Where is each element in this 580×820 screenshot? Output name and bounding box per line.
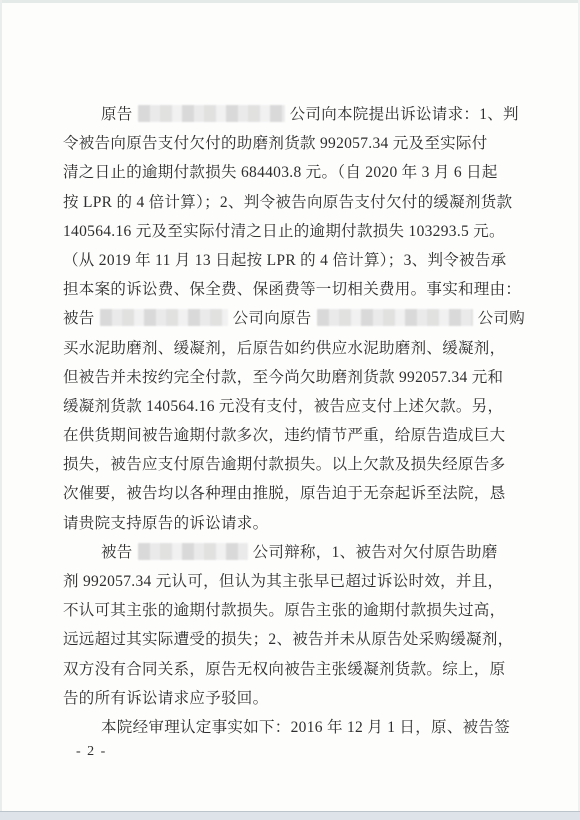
line-text: （从 2019 年 11 月 13 日起按 LPR 的 4 倍计算）；3、判令被…: [63, 252, 506, 269]
text-line: 次催要，被告均以各种理由推脱，原告迫于无奈起诉至法院，恳: [63, 479, 509, 508]
text-line: 但被告并未按约完全付款，至今尚欠助磨剂货款 992057.34 元和: [63, 363, 509, 392]
text-line: 在供货期间被告逾期付款多次，违约情节严重，给原告造成巨大: [63, 421, 509, 450]
line-text: 公司购: [478, 310, 525, 327]
line-text: 远远超过其实际遭受的损失；2、被告并未从原告处采购缓凝剂，: [63, 631, 513, 648]
line-text: 不认可其主张的逾期付款损失。原告主张的逾期付款损失过高，: [63, 602, 505, 619]
line-text: 140564.16 元及至实际付清之日止的逾期付款损失 103293.5 元。: [63, 223, 505, 240]
line-text: 在供货期间被告逾期付款多次，违约情节严重，给原告造成巨大: [63, 427, 505, 444]
text-line: 双方没有合同关系，原告无权向被告主张缓凝剂货款。综上，原: [63, 655, 509, 684]
text-line: 买水泥助磨剂、缓凝剂，后原告如约供应水泥助磨剂、缓凝剂，: [63, 334, 509, 363]
text-line: 令被告向原告支付欠付的助磨剂货款 992057.34 元及至实际付: [63, 129, 509, 158]
text-line: 清之日止的逾期付款损失 684403.8 元。（自 2020 年 3 月 6 日…: [63, 158, 509, 187]
line-text: 按 LPR 的 4 倍计算）；2、判令被告向原告支付欠付的缓凝剂货款: [63, 194, 512, 211]
line-text: 清之日止的逾期付款损失 684403.8 元。（自 2020 年 3 月 6 日…: [63, 164, 498, 181]
text-line: 本院经审理认定事实如下：2016 年 12 月 1 日，原、被告签: [63, 713, 509, 742]
redacted-company-name: [138, 543, 248, 560]
redacted-company-name: [138, 105, 285, 122]
redacted-company-name: [317, 309, 473, 326]
text-line: 请贵院支持原告的诉讼请求。: [63, 509, 509, 538]
line-text: 但被告并未按约完全付款，至今尚欠助磨剂货款 992057.34 元和: [63, 369, 503, 386]
line-text: 损失，被告应支付原告逾期付款损失。以上欠款及损失经原告多: [63, 456, 505, 473]
line-text: 次催要，被告均以各种理由推脱，原告迫于无奈起诉至法院，恳: [63, 485, 505, 502]
text-line: 担本案的诉讼费、保全费、保函费等一切相关费用。事实和理由：: [63, 275, 509, 304]
line-text: 公司辩称，1、被告对欠付原告助磨: [253, 544, 498, 561]
line-text: 原告: [101, 106, 133, 123]
page-edge-bottom: [0, 811, 580, 820]
text-line: 按 LPR 的 4 倍计算）；2、判令被告向原告支付欠付的缓凝剂货款: [63, 188, 509, 217]
text-line: 远远超过其实际遭受的损失；2、被告并未从原告处采购缓凝剂，: [63, 625, 509, 654]
text-line: 不认可其主张的逾期付款损失。原告主张的逾期付款损失过高，: [63, 596, 509, 625]
text-line: 140564.16 元及至实际付清之日止的逾期付款损失 103293.5 元。: [63, 217, 509, 246]
page-edge-left: [0, 0, 2, 811]
text-line: 告的所有诉讼请求应予驳回。: [63, 684, 509, 713]
text-line: 损失，被告应支付原告逾期付款损失。以上欠款及损失经原告多: [63, 450, 509, 479]
document-page: 原告公司向本院提出诉讼请求：1、判 令被告向原告支付欠付的助磨剂货款 99205…: [0, 0, 580, 820]
document-body: 原告公司向本院提出诉讼请求：1、判 令被告向原告支付欠付的助磨剂货款 99205…: [63, 100, 509, 742]
line-text: 令被告向原告支付欠付的助磨剂货款 992057.34 元及至实际付: [63, 135, 488, 152]
text-line: 被告公司向原告公司购: [63, 304, 509, 333]
text-line: 剂 992057.34 元认可，但认为其主张早已超过诉讼时效，并且，: [63, 567, 509, 596]
text-line: （从 2019 年 11 月 13 日起按 LPR 的 4 倍计算）；3、判令被…: [63, 246, 509, 275]
text-line: 被告公司辩称，1、被告对欠付原告助磨: [63, 538, 509, 567]
text-line: 原告公司向本院提出诉讼请求：1、判: [63, 100, 509, 129]
page-number: - 2 -: [76, 744, 107, 760]
line-text: 双方没有合同关系，原告无权向被告主张缓凝剂货款。综上，原: [63, 661, 505, 678]
line-text: 剂 992057.34 元认可，但认为其主张早已超过诉讼时效，并且，: [63, 573, 503, 590]
page-edge-top: [0, 0, 580, 3]
line-text: 被告: [101, 544, 133, 561]
line-text: 告的所有诉讼请求应予驳回。: [63, 690, 268, 707]
line-text: 本院经审理认定事实如下：2016 年 12 月 1 日，原、被告签: [101, 719, 510, 736]
line-text: 缓凝剂货款 140564.16 元没有支付，被告应支付上述欠款。另，: [63, 398, 503, 415]
text-line: 缓凝剂货款 140564.16 元没有支付，被告应支付上述欠款。另，: [63, 392, 509, 421]
line-text: 请贵院支持原告的诉讼请求。: [63, 515, 268, 532]
line-text: 被告: [63, 310, 95, 327]
line-text: 公司向本院提出诉讼请求：1、判: [290, 106, 519, 123]
line-text: 买水泥助磨剂、缓凝剂，后原告如约供应水泥助磨剂、缓凝剂，: [63, 340, 505, 357]
line-text: 公司向原告: [233, 310, 312, 327]
redacted-company-name: [100, 309, 228, 326]
line-text: 担本案的诉讼费、保全费、保函费等一切相关费用。事实和理由：: [63, 281, 521, 298]
